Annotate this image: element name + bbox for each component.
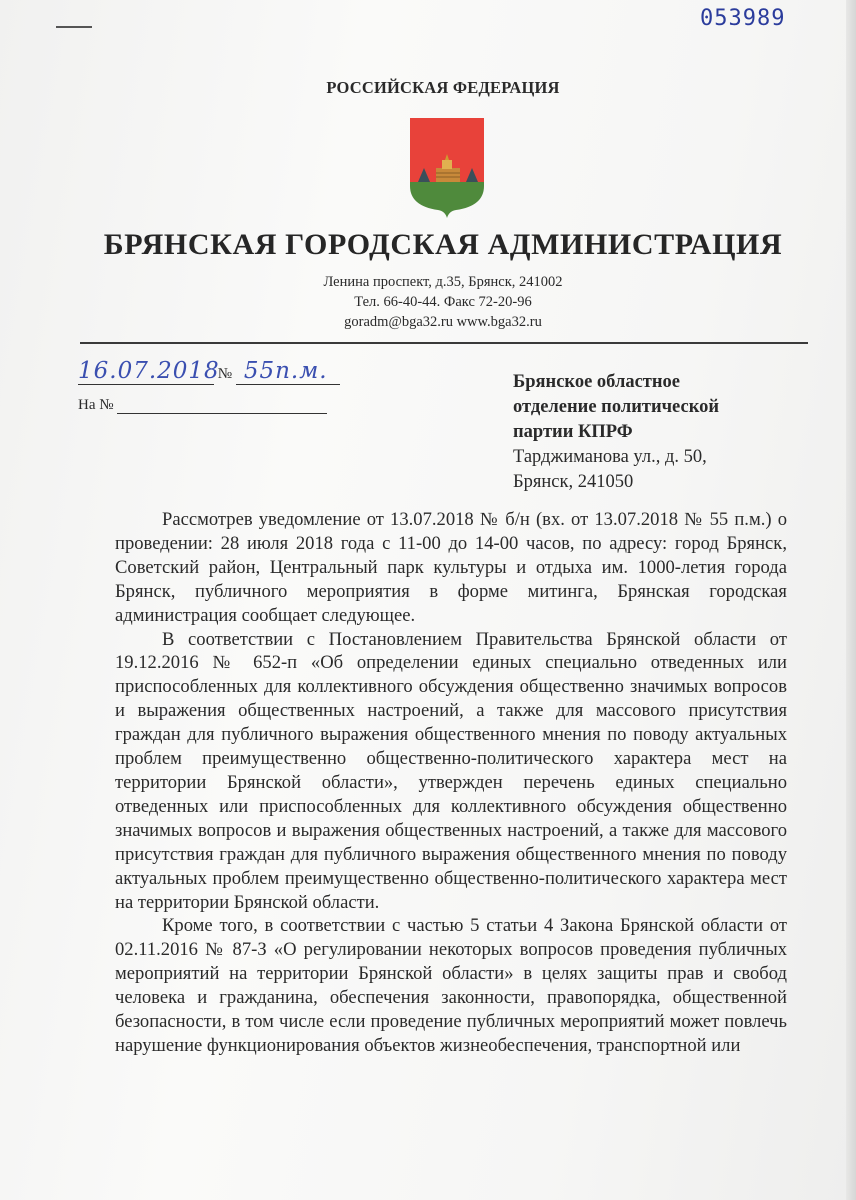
outgoing-date-field: 16.07.2018 bbox=[78, 358, 214, 385]
body-paragraph: Рассмотрев уведомление от 13.07.2018 № б… bbox=[115, 508, 787, 628]
outgoing-registration: 16.07.2018 № 55п.м. bbox=[78, 358, 340, 385]
paper-edge bbox=[846, 0, 856, 1200]
organization-address: Ленина проспект, д.35, Брянск, 241002 bbox=[0, 272, 856, 292]
recipient-name-line: отделение политической bbox=[513, 395, 719, 420]
organization-contacts: Ленина проспект, д.35, Брянск, 241002 Те… bbox=[0, 272, 856, 332]
header-divider bbox=[80, 342, 808, 344]
outgoing-date: 16.07.2018 bbox=[78, 358, 220, 384]
reply-registration: На № bbox=[78, 397, 327, 414]
recipient-address-line: Брянск, 241050 bbox=[513, 470, 719, 495]
letter-page: 053989 РОССИЙСКАЯ ФЕДЕРАЦИЯ БРЯНСКАЯ ГОР… bbox=[0, 0, 856, 1200]
outgoing-number: 55п.м. bbox=[244, 358, 328, 384]
reply-label: На № bbox=[78, 397, 114, 413]
outgoing-number-field: 55п.м. bbox=[236, 358, 340, 385]
serial-number-stamp: 053989 bbox=[700, 6, 785, 31]
bryansk-coat-of-arms-icon bbox=[406, 116, 488, 220]
corner-mark bbox=[56, 26, 92, 28]
reply-number-field bbox=[117, 397, 327, 414]
recipient-address-line: Тарджиманова ул., д. 50, bbox=[513, 445, 719, 470]
letter-body: Рассмотрев уведомление от 13.07.2018 № б… bbox=[115, 508, 787, 1058]
recipient-name-line: партии КПРФ bbox=[513, 420, 719, 445]
body-paragraph: В соответствии с Постановлением Правител… bbox=[115, 628, 787, 915]
organization-title: БРЯНСКАЯ ГОРОДСКАЯ АДМИНИСТРАЦИЯ bbox=[0, 228, 856, 262]
recipient-name-line: Брянское областное bbox=[513, 370, 719, 395]
organization-web: goradm@bga32.ru www.bga32.ru bbox=[0, 312, 856, 332]
body-paragraph: Кроме того, в соответствии с частью 5 ст… bbox=[115, 914, 787, 1057]
federation-heading: РОССИЙСКАЯ ФЕДЕРАЦИЯ bbox=[0, 78, 856, 98]
number-label: № bbox=[218, 366, 232, 382]
recipient-block: Брянское областное отделение политическо… bbox=[513, 370, 719, 495]
organization-phone: Тел. 66-40-44. Факс 72-20-96 bbox=[0, 292, 856, 312]
